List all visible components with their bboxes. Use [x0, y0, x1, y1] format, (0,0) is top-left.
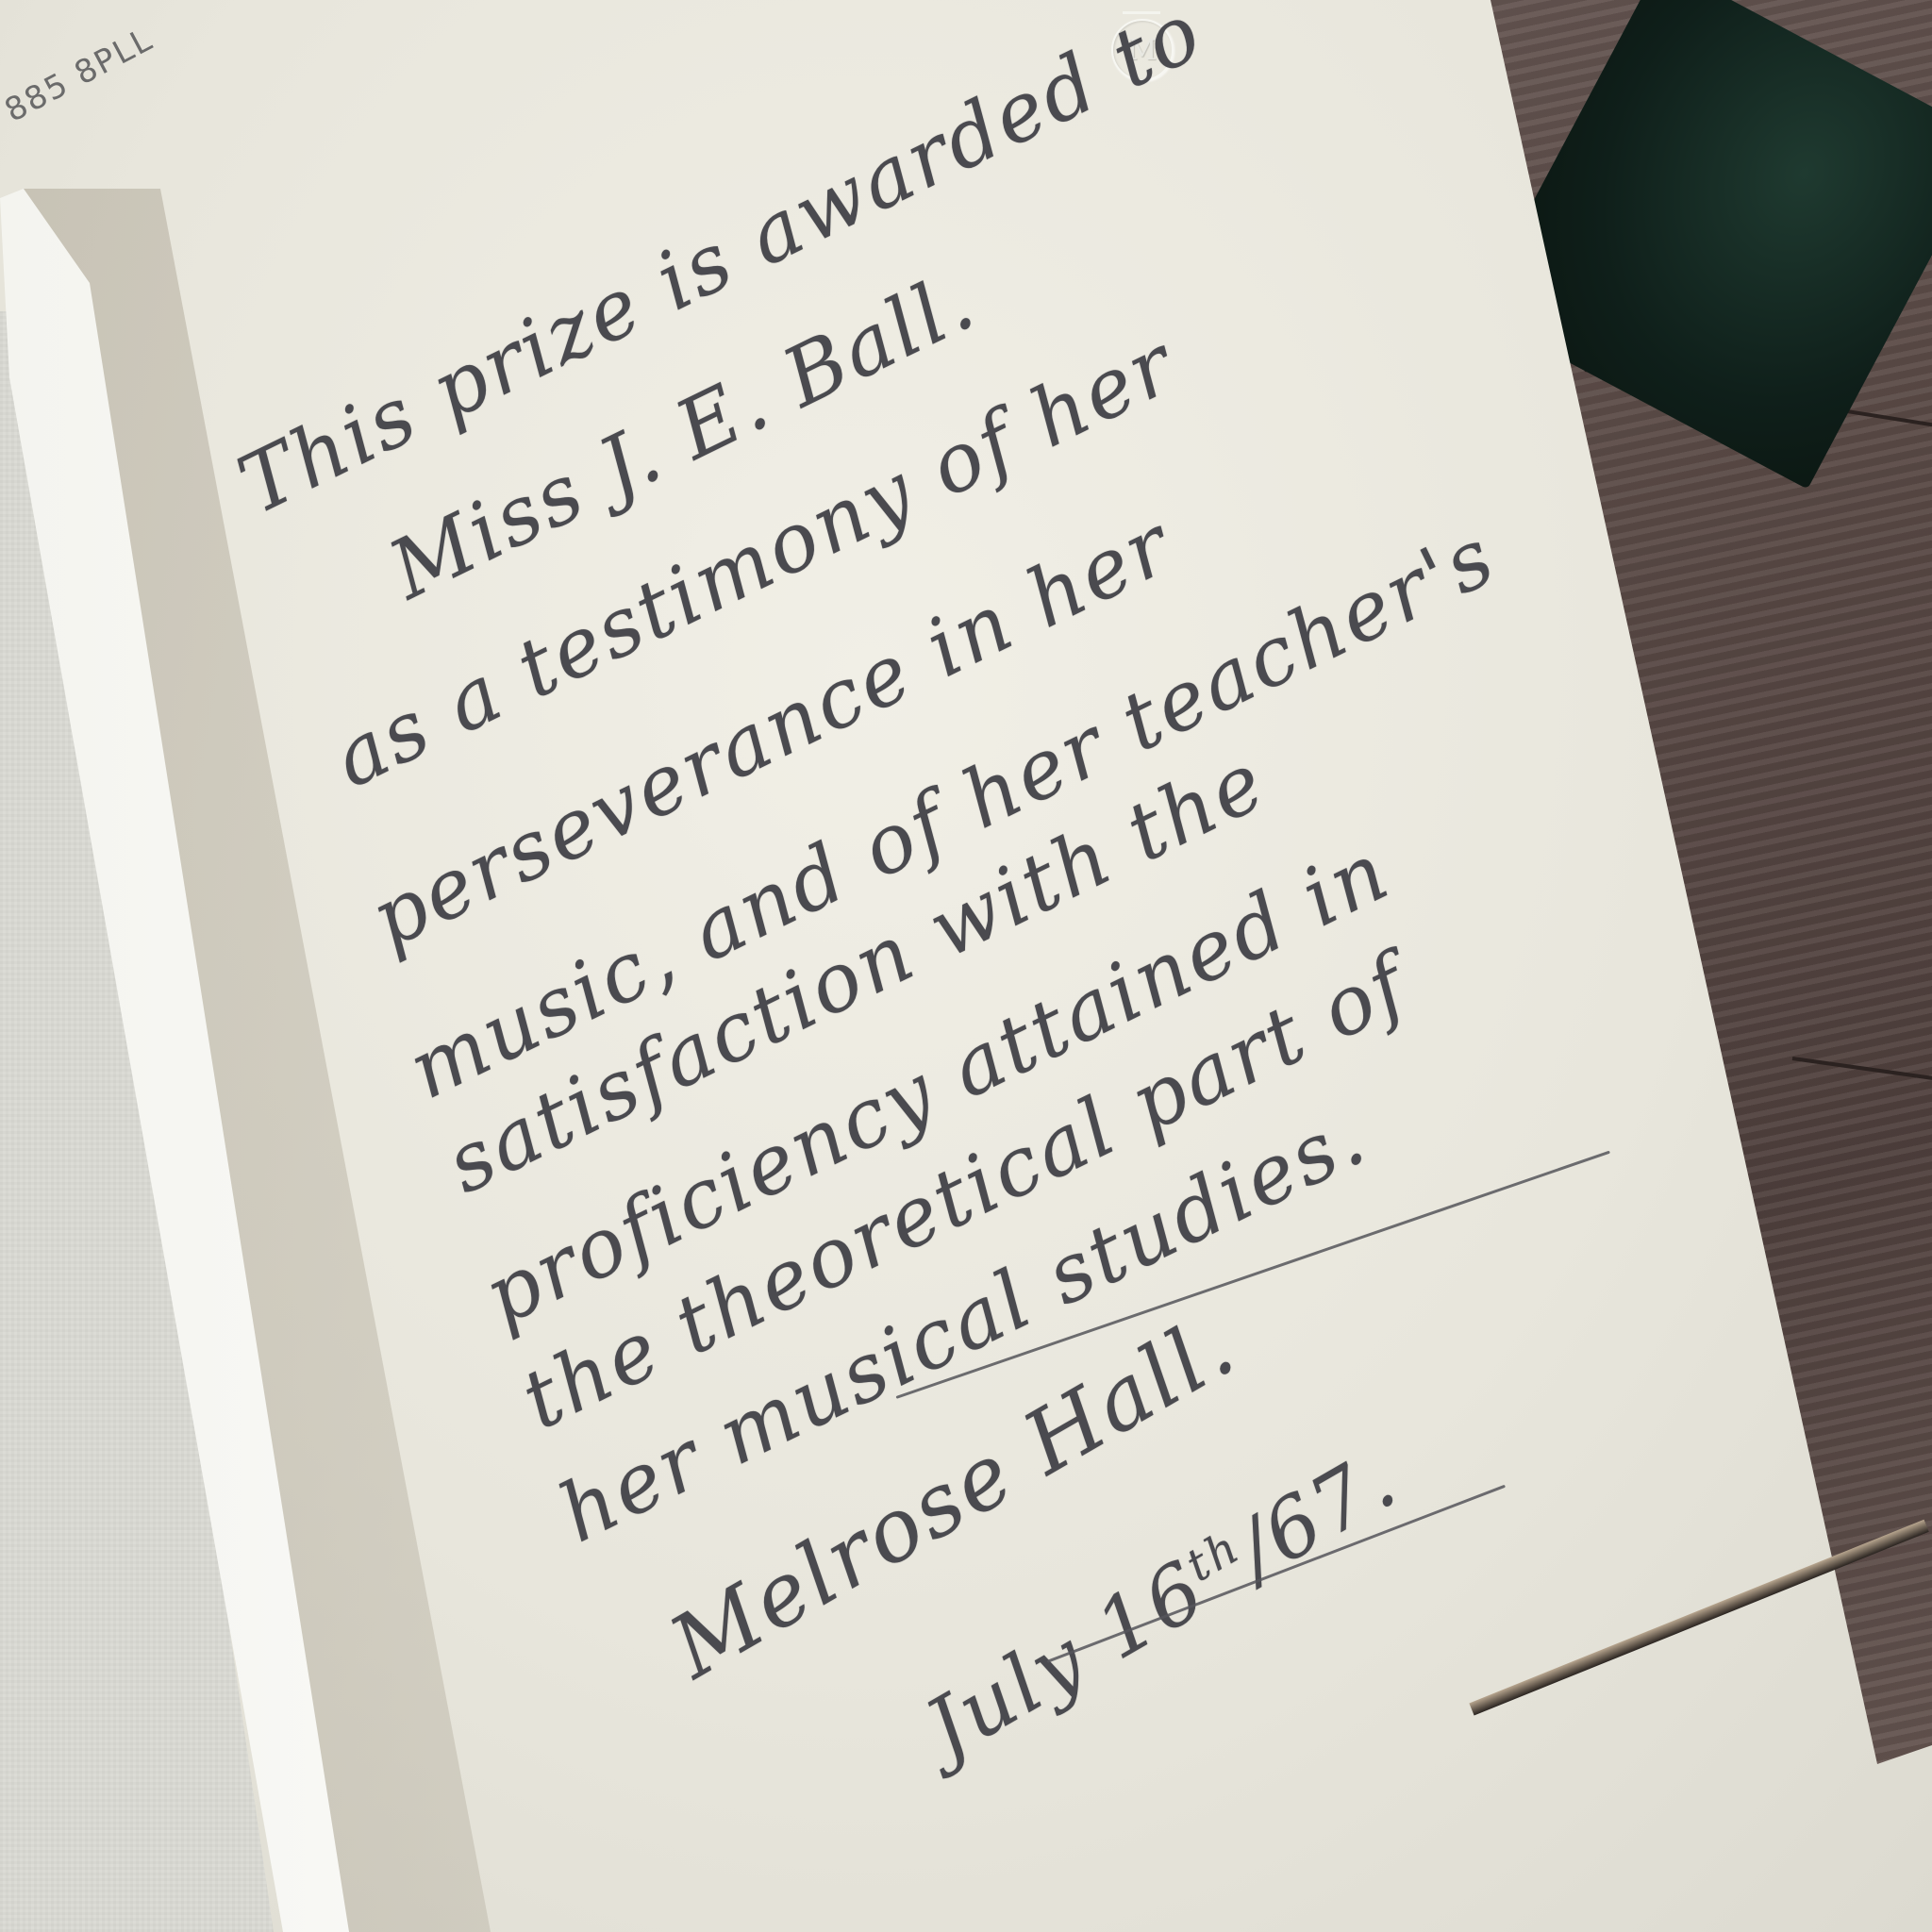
photo-scene: 885 8PLL M This prize is awarded to Miss…	[0, 0, 1932, 1932]
